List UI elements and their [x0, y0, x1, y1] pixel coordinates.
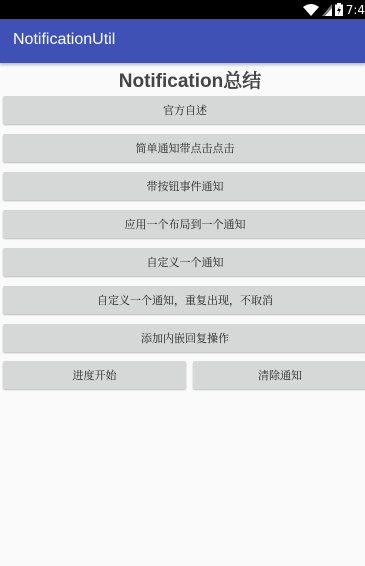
button-event-notification-button[interactable]: 带按钮事件通知 — [3, 172, 365, 200]
signal-icon — [322, 4, 332, 16]
clear-notifications-button[interactable]: 清除通知 — [193, 361, 365, 389]
status-bar: 7:4 — [0, 0, 365, 19]
inline-reply-button[interactable]: 添加内嵌回复操作 — [3, 324, 365, 352]
wifi-icon — [303, 4, 319, 16]
simple-notification-click-button[interactable]: 简单通知带点击点击 — [3, 134, 365, 162]
app-title: NotificationUtil — [13, 31, 115, 49]
battery-charging-icon — [335, 3, 343, 16]
official-readme-button[interactable]: 官方自述 — [3, 96, 365, 124]
start-progress-button[interactable]: 进度开始 — [3, 361, 186, 389]
status-icons: 7:4 — [303, 0, 365, 19]
page-title: Notification总结 — [0, 66, 365, 93]
app-bar: NotificationUtil — [0, 19, 365, 63]
apply-layout-notification-button[interactable]: 应用一个布局到一个通知 — [3, 210, 365, 238]
custom-repeat-notification-button[interactable]: 自定义一个通知，重复出现，不取消 — [3, 286, 365, 314]
clock: 7:4 — [346, 3, 365, 17]
custom-notification-button[interactable]: 自定义一个通知 — [3, 248, 365, 276]
